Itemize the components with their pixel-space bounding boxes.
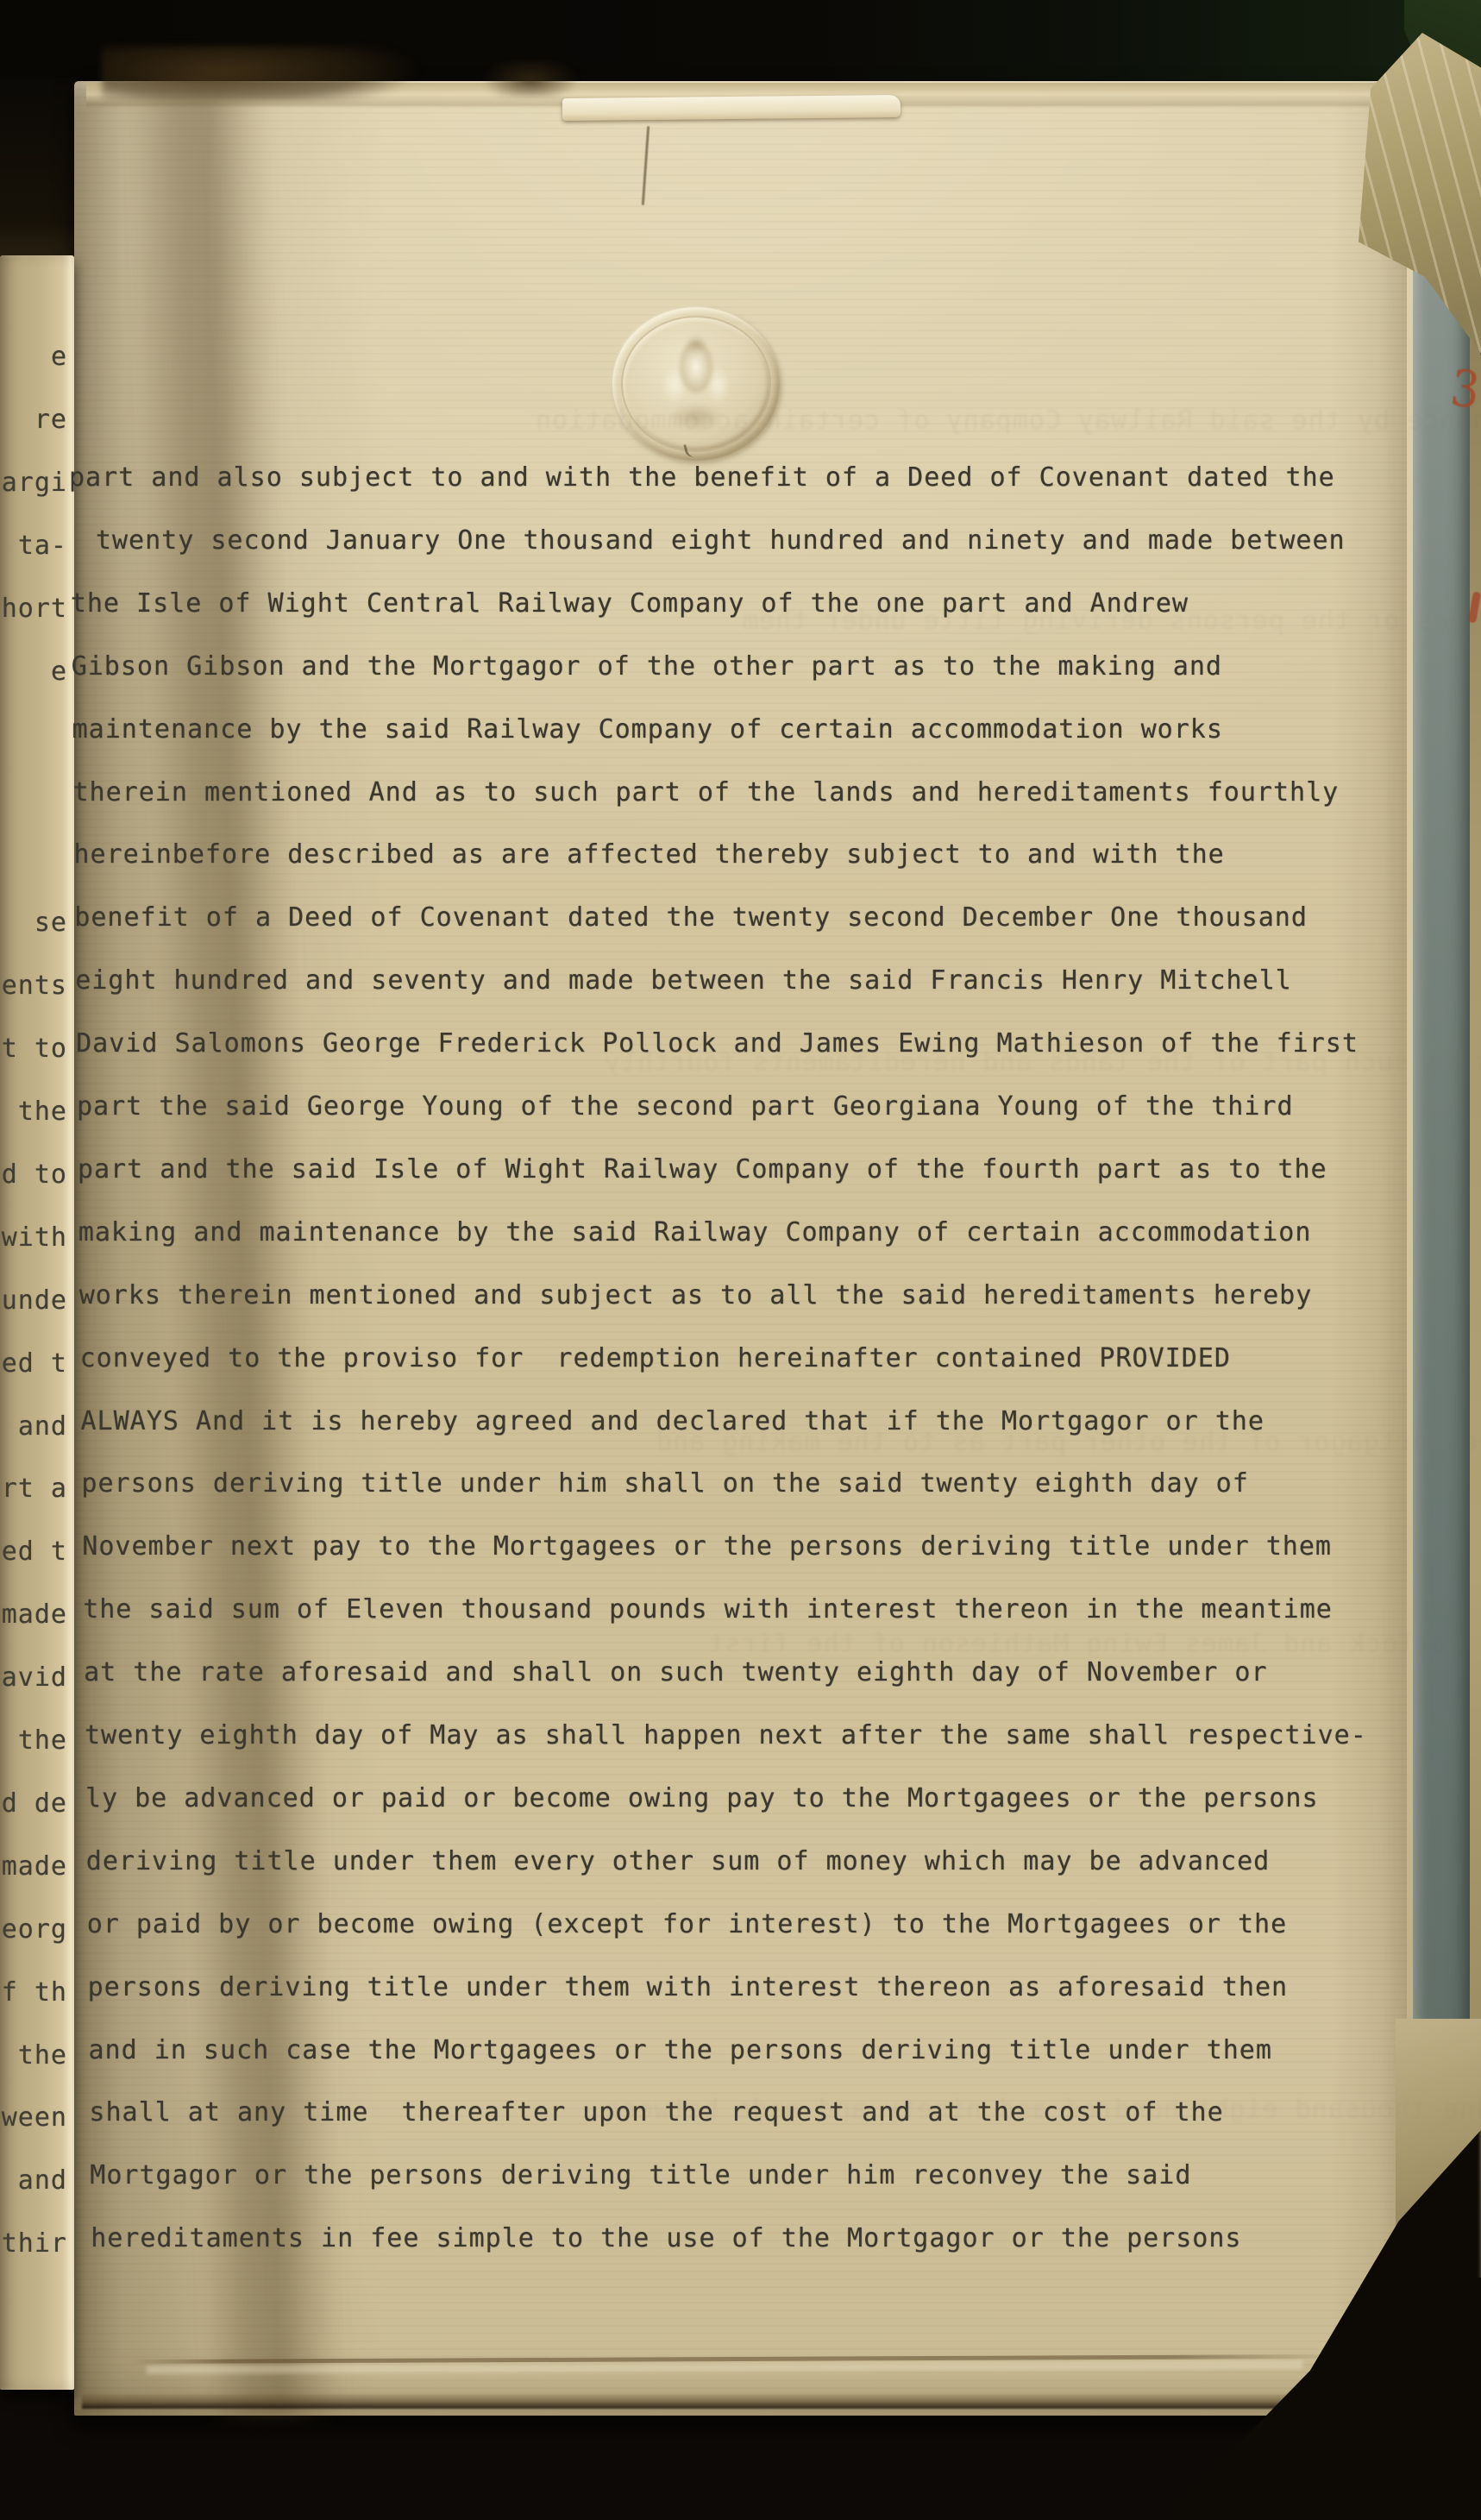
binding-stain: [102, 47, 516, 100]
page-bottom-edge-shadow: [82, 2393, 1415, 2409]
embossed-seal-icon: [612, 307, 780, 461]
binding-gutter-shadow: [0, 78, 78, 261]
page-right-edge-highlight: [1407, 86, 1413, 2033]
loose-paper-sliver: [562, 95, 901, 121]
binding-stain-small: [466, 62, 595, 97]
seal-coat-of-arms: [654, 333, 738, 433]
facing-page-edge: [0, 255, 74, 2390]
red-ink-mark: 3: [1447, 360, 1481, 421]
scanned-deed-page: 3 making and maintenance by the said Rai…: [0, 0, 1481, 2520]
